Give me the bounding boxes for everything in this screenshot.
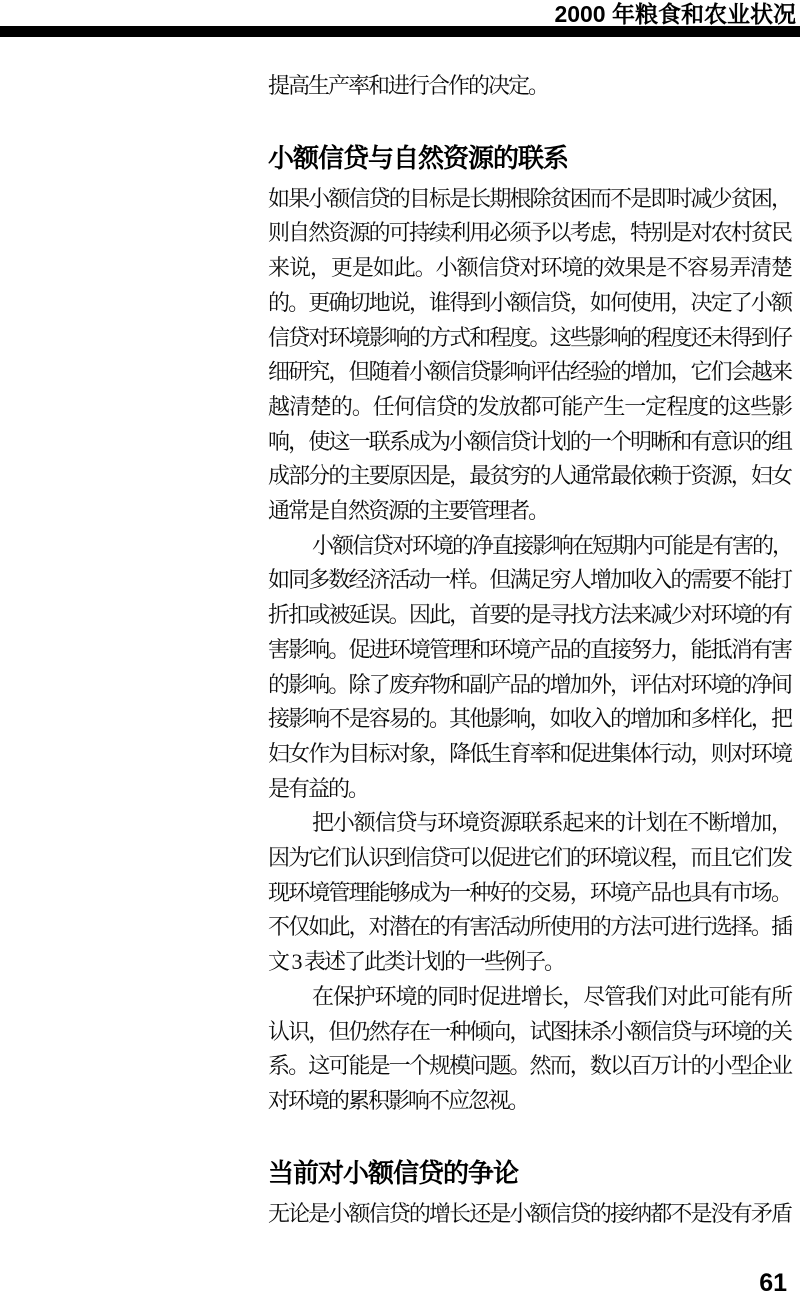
header-rule (0, 26, 800, 37)
text-line: 现环境管理能够成为一种好的交易，环境产品也具有市场。 (268, 876, 791, 911)
text-line: 小额信贷对环境的净直接影响在短期内可能是有害的， (268, 529, 791, 564)
text-line: 来说，更是如此。小额信贷对环境的效果是不容易弄清楚 (268, 251, 791, 286)
page-body: 提高生产率和进行合作的决定。小额信贷与自然资源的联系如果小额信贷的目标是长期根除… (268, 38, 791, 1231)
text-line: 通常是自然资源的主要管理者。 (268, 494, 791, 529)
text-line: 因为它们认识到信贷可以促进它们的环境议程，而且它们发 (268, 841, 791, 876)
text-line: 折扣或被延误。因此，首要的是寻找方法来减少对环境的有 (268, 598, 791, 633)
text-line: 响，使这一联系成为小额信贷计划的一个明晰和有意识的组 (268, 425, 791, 460)
text-line: 妇女作为目标对象，降低生育率和促进集体行动，则对环境 (268, 737, 791, 772)
section-heading: 当前对小额信贷的争论 (268, 1156, 791, 1191)
text-line: 的影响。除了废弃物和副产品的增加外，评估对环境的净间 (268, 668, 791, 703)
intro-paragraph: 提高生产率和进行合作的决定。 (268, 69, 791, 104)
text-line: 成部分的主要原因是，最贫穷的人通常最依赖于资源，妇女 (268, 459, 791, 494)
text-line: 害影响。促进环境管理和环境产品的直接努力，能抵消有害 (268, 633, 791, 668)
section-heading: 小额信贷与自然资源的联系 (268, 141, 791, 176)
text-line: 把小额信贷与环境资源联系起来的计划在不断增加， (268, 806, 791, 841)
text-line: 是有益的。 (268, 772, 791, 807)
text-line: 的。更确切地说，谁得到小额信贷，如何使用，决定了小额 (268, 286, 791, 321)
text-line: 对环境的累积影响不应忽视。 (268, 1084, 791, 1119)
text-line: 信贷对环境影响的方式和程度。这些影响的程度还未得到仔 (268, 321, 791, 356)
text-line: 文 3 表述了此类计划的一些例子。 (268, 945, 791, 980)
paragraph: 如果小额信贷的目标是长期根除贫困而不是即时减少贫困，则自然资源的可持续利用必须予… (268, 182, 791, 529)
text-line: 接影响不是容易的。其他影响，如收入的增加和多样化，把 (268, 702, 791, 737)
text-line: 细研究，但随着小额信贷影响评估经验的增加，它们会越来 (268, 355, 791, 390)
text-line: 不仅如此，对潜在的有害活动所使用的方法可进行选择。插 (268, 910, 791, 945)
paragraph: 在保护环境的同时促进增长，尽管我们对此可能有所认识，但仍然存在一种倾向，试图抹杀… (268, 980, 791, 1119)
text-line: 在保护环境的同时促进增长，尽管我们对此可能有所 (268, 980, 791, 1015)
page-number: 61 (759, 1270, 787, 1296)
text-line: 系。这可能是一个规模问题。然而，数以百万计的小型企业 (268, 1049, 791, 1084)
document-page: 2000 年粮食和农业状况 提高生产率和进行合作的决定。小额信贷与自然资源的联系… (0, 0, 800, 1301)
text-line: 如果小额信贷的目标是长期根除贫困而不是即时减少贫困， (268, 182, 791, 217)
text-line: 如同多数经济活动一样。但满足穷人增加收入的需要不能打 (268, 563, 791, 598)
text-line: 认识，但仍然存在一种倾向，试图抹杀小额信贷与环境的关 (268, 1015, 791, 1050)
paragraph: 无论是小额信贷的增长还是小额信贷的接纳都不是没有矛盾 (268, 1197, 791, 1232)
paragraph: 把小额信贷与环境资源联系起来的计划在不断增加，因为它们认识到信贷可以促进它们的环… (268, 806, 791, 980)
text-line: 提高生产率和进行合作的决定。 (268, 69, 791, 104)
text-line: 越清楚的。任何信贷的发放都可能产生一定程度的这些影 (268, 390, 791, 425)
running-header-title: 2000 年粮食和农业状况 (554, 1, 796, 27)
text-line: 无论是小额信贷的增长还是小额信贷的接纳都不是没有矛盾 (268, 1197, 791, 1232)
text-line: 则自然资源的可持续利用必须予以考虑，特别是对农村贫民 (268, 216, 791, 251)
paragraph: 小额信贷对环境的净直接影响在短期内可能是有害的，如同多数经济活动一样。但满足穷人… (268, 529, 791, 807)
